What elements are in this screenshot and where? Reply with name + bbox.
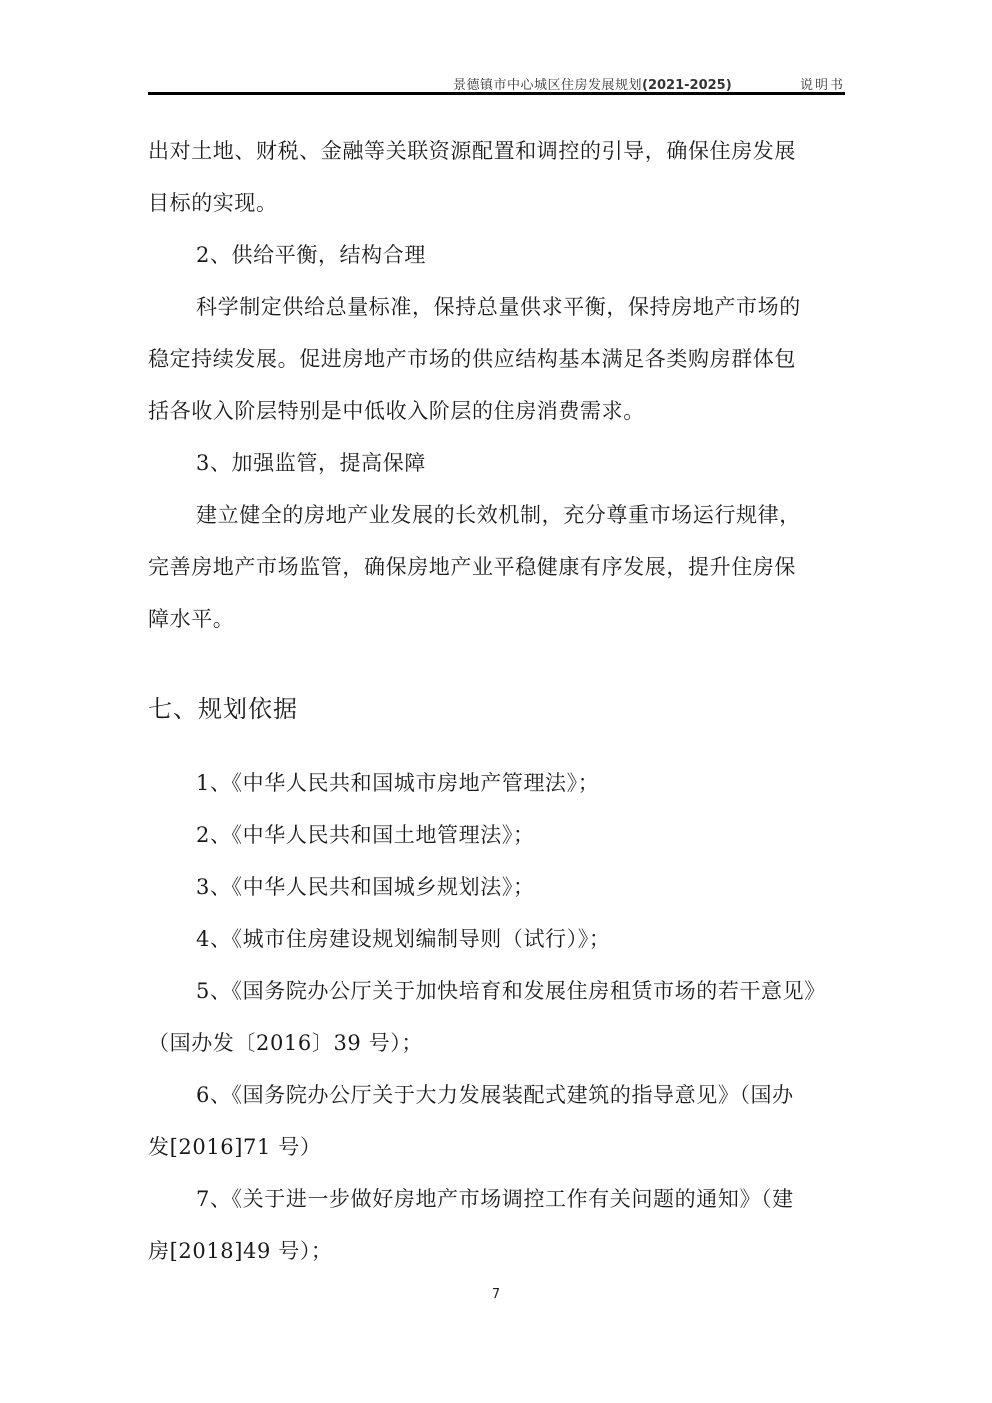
item2-heading: 2、供给平衡，结构合理 [148,229,848,281]
page-header: 景德镇市中心城区住房发展规划(2021-2025) 说明书 [148,72,845,94]
basis-item-6: 6、《国务院办公厅关于大力发展装配式建筑的指导意见》（国办 [148,1069,848,1121]
page-number: 7 [0,1287,992,1302]
header-doc-type: 说明书 [800,74,845,93]
basis-item-7-cont: 房[2018]49 号）； [148,1225,848,1277]
basis-item-1: 1、《中华人民共和国城市房地产管理法》； [148,757,848,809]
section-title: 七、规划依据 [148,683,848,735]
paragraph-line: 出对土地、财税、金融等关联资源配置和调控的引导，确保住房发展 [148,125,848,177]
basis-item-5: 5、《国务院办公厅关于加快培育和发展住房租赁市场的若干意见》 [148,965,848,1017]
basis-item-6-cont: 发[2016]71 号） [148,1121,848,1173]
paragraph-line: 目标的实现。 [148,177,848,229]
paragraph-line: 稳定持续发展。促进房地产市场的供应结构基本满足各类购房群体包 [148,333,848,385]
header-years: (2021-2025) [642,78,732,93]
header-title-text: 景德镇市中心城区住房发展规划 [453,78,642,93]
basis-item-5-cont: （国办发〔2016〕39 号）； [148,1017,848,1069]
paragraph-line: 建立健全的房地产业发展的长效机制，充分尊重市场运行规律， [148,489,848,541]
paragraph-line: 科学制定供给总量标准，保持总量供求平衡，保持房地产市场的 [148,281,848,333]
header-title: 景德镇市中心城区住房发展规划(2021-2025) [453,74,732,93]
basis-item-7: 7、《关于进一步做好房地产市场调控工作有关问题的通知》（建 [148,1173,848,1225]
item3-heading: 3、加强监管，提高保障 [148,437,848,489]
basis-item-2: 2、《中华人民共和国土地管理法》； [148,809,848,861]
basis-item-3: 3、《中华人民共和国城乡规划法》； [148,861,848,913]
page-body: 出对土地、财税、金融等关联资源配置和调控的引导，确保住房发展 目标的实现。 2、… [148,125,848,1277]
basis-item-4: 4、《城市住房建设规划编制导则（试行）》； [148,913,848,965]
paragraph-line: 障水平。 [148,593,848,645]
paragraph-line: 完善房地产市场监管，确保房地产业平稳健康有序发展，提升住房保 [148,541,848,593]
header-rule [148,92,845,95]
paragraph-line: 括各收入阶层特别是中低收入阶层的住房消费需求。 [148,385,848,437]
